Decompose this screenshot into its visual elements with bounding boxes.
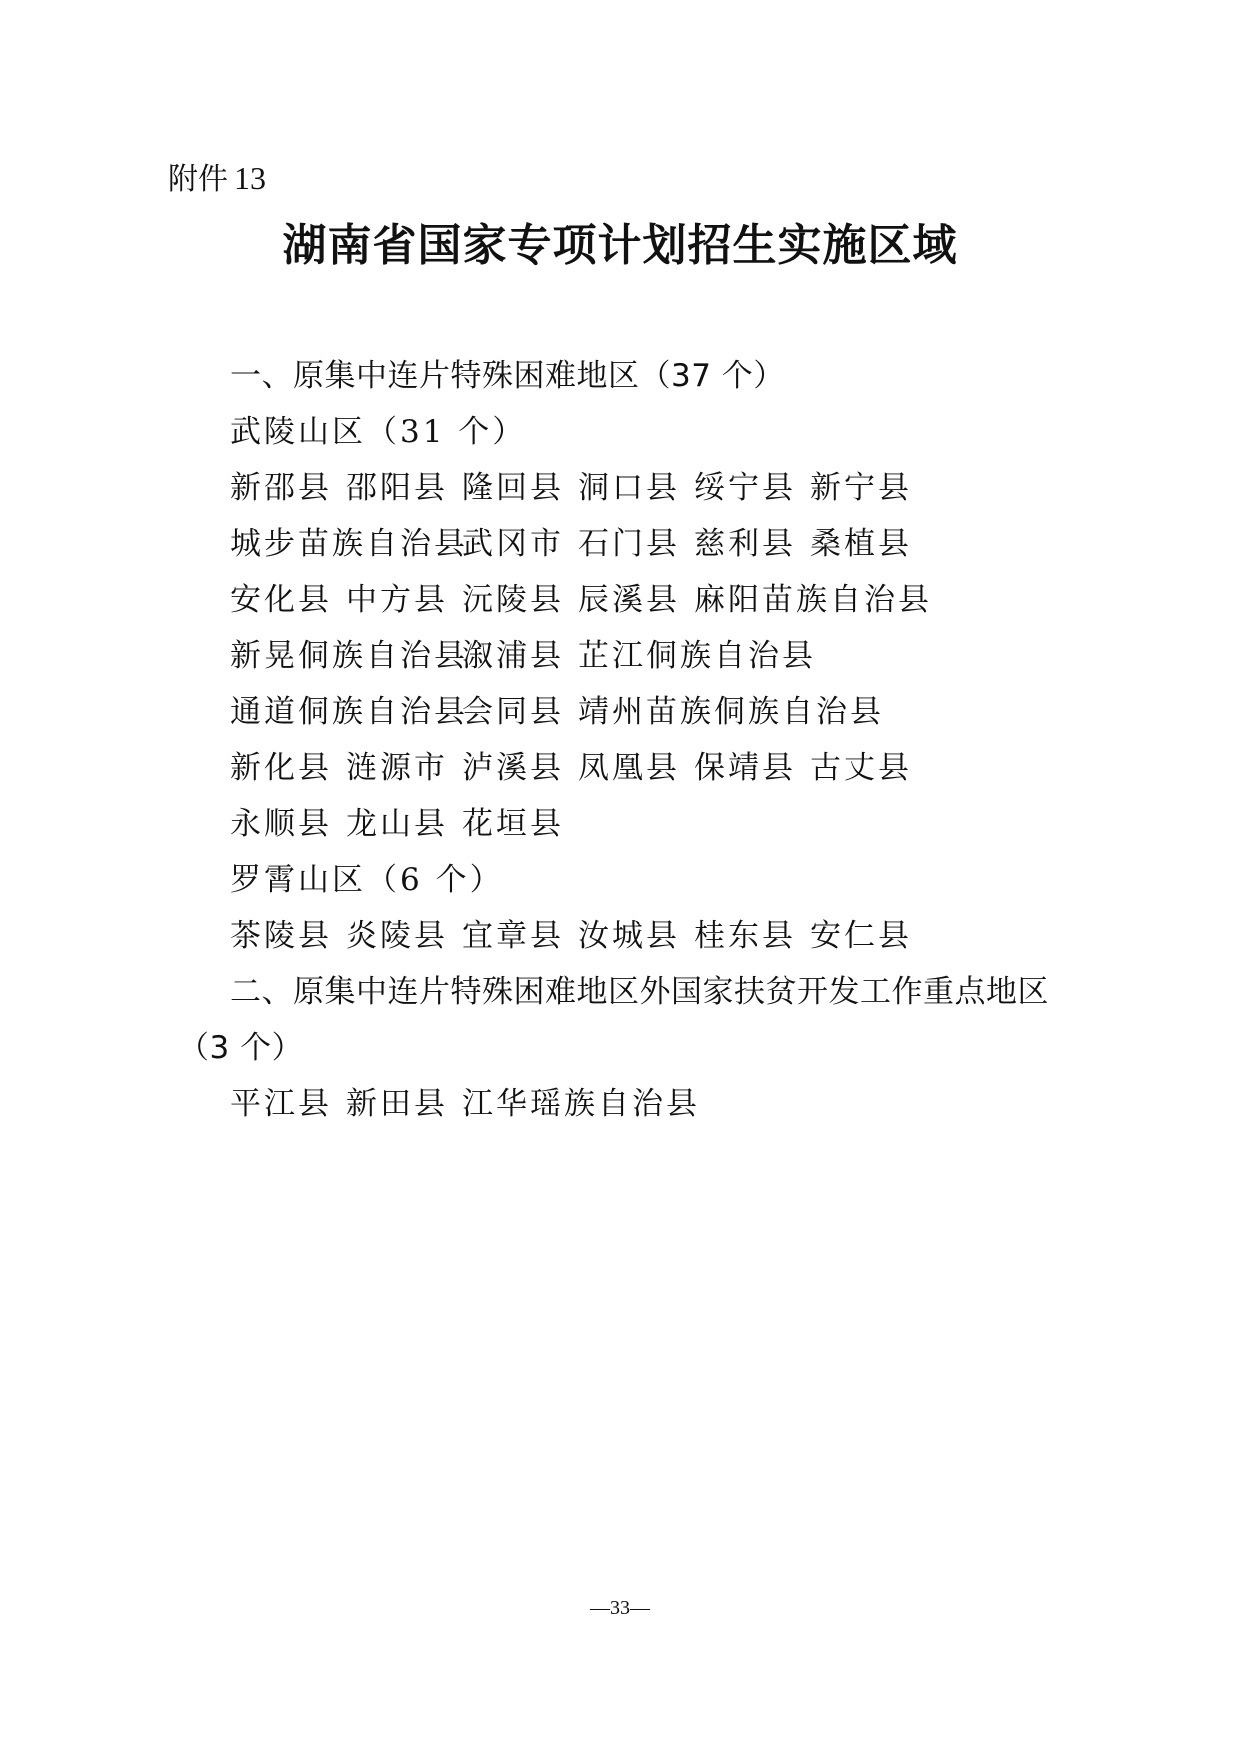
county-item: 江华瑶族自治县 — [462, 1084, 692, 1124]
county-row: 新晃侗族自治县 溆浦县 芷江侗族自治县 — [230, 636, 810, 676]
county-item: 宜章县 — [462, 916, 546, 956]
county-item: 绥宁县 — [694, 468, 778, 508]
county-item: 安化县 — [230, 580, 314, 620]
county-item: 沅陵县 — [462, 580, 546, 620]
county-item: 武冈市 — [462, 524, 546, 564]
county-row: 通道侗族自治县 会同县 靖州苗族侗族自治县 — [230, 692, 870, 732]
attachment-prefix: 附件 — [168, 162, 228, 197]
county-item: 慈利县 — [694, 524, 778, 564]
county-item: 辰溪县 — [578, 580, 662, 620]
county-row: 城步苗族自治县 武冈市 石门县 慈利县 桑植县 — [230, 524, 926, 564]
county-item: 涟源市 — [346, 748, 430, 788]
county-item: 泸溪县 — [462, 748, 546, 788]
county-row: 新化县 涟源市 泸溪县 凤凰县 保靖县 古丈县 — [230, 748, 926, 788]
section-2-heading-count: （3 个） — [178, 1028, 303, 1068]
group-luoxiao-title: 罗霄山区（6 个） — [230, 860, 504, 900]
county-item: 古丈县 — [810, 748, 894, 788]
county-item: 新邵县 — [230, 468, 314, 508]
county-item: 芷江侗族自治县 — [578, 636, 778, 676]
county-item: 邵阳县 — [346, 468, 430, 508]
section-2-heading: 二、原集中连片特殊困难地区外国家扶贫开发工作重点地区 — [230, 972, 1049, 1012]
county-item: 通道侗族自治县 — [230, 692, 430, 732]
county-item: 溆浦县 — [462, 636, 546, 676]
county-item: 花垣县 — [462, 804, 546, 844]
county-item: 桑植县 — [810, 524, 894, 564]
county-item: 麻阳苗族自治县 — [694, 580, 894, 620]
county-item: 城步苗族自治县 — [230, 524, 430, 564]
section-1-heading: 一、原集中连片特殊困难地区（37 个） — [230, 356, 785, 396]
county-item: 永顺县 — [230, 804, 314, 844]
county-item: 新化县 — [230, 748, 314, 788]
county-item: 隆回县 — [462, 468, 546, 508]
county-item: 茶陵县 — [230, 916, 314, 956]
county-row: 安化县 中方县 沅陵县 辰溪县 麻阳苗族自治县 — [230, 580, 926, 620]
county-item: 安仁县 — [810, 916, 894, 956]
county-item: 汝城县 — [578, 916, 662, 956]
county-item: 中方县 — [346, 580, 430, 620]
county-item: 桂东县 — [694, 916, 778, 956]
county-item: 炎陵县 — [346, 916, 430, 956]
county-item: 石门县 — [578, 524, 662, 564]
attachment-label: 附件13 — [168, 158, 266, 200]
county-item: 新宁县 — [810, 468, 894, 508]
attachment-number: 13 — [234, 160, 266, 196]
county-item: 凤凰县 — [578, 748, 662, 788]
county-item: 龙山县 — [346, 804, 430, 844]
county-item: 洞口县 — [578, 468, 662, 508]
document-title: 湖南省国家专项计划招生实施区域 — [0, 218, 1240, 274]
county-row: 新邵县 邵阳县 隆回县 洞口县 绥宁县 新宁县 — [230, 468, 926, 508]
page-number: —33— — [0, 1597, 1240, 1620]
county-item: 靖州苗族侗族自治县 — [578, 692, 838, 732]
county-row: 永顺县 龙山县 花垣县 — [230, 804, 578, 844]
group-wuling-title: 武陵山区（31 个） — [230, 412, 526, 452]
county-row: 平江县 新田县 江华瑶族自治县 — [230, 1084, 724, 1124]
county-row: 茶陵县 炎陵县 宜章县 汝城县 桂东县 安仁县 — [230, 916, 926, 956]
county-item: 平江县 — [230, 1084, 314, 1124]
county-item: 保靖县 — [694, 748, 778, 788]
county-item: 新晃侗族自治县 — [230, 636, 430, 676]
county-item: 新田县 — [346, 1084, 430, 1124]
county-item: 会同县 — [462, 692, 546, 732]
